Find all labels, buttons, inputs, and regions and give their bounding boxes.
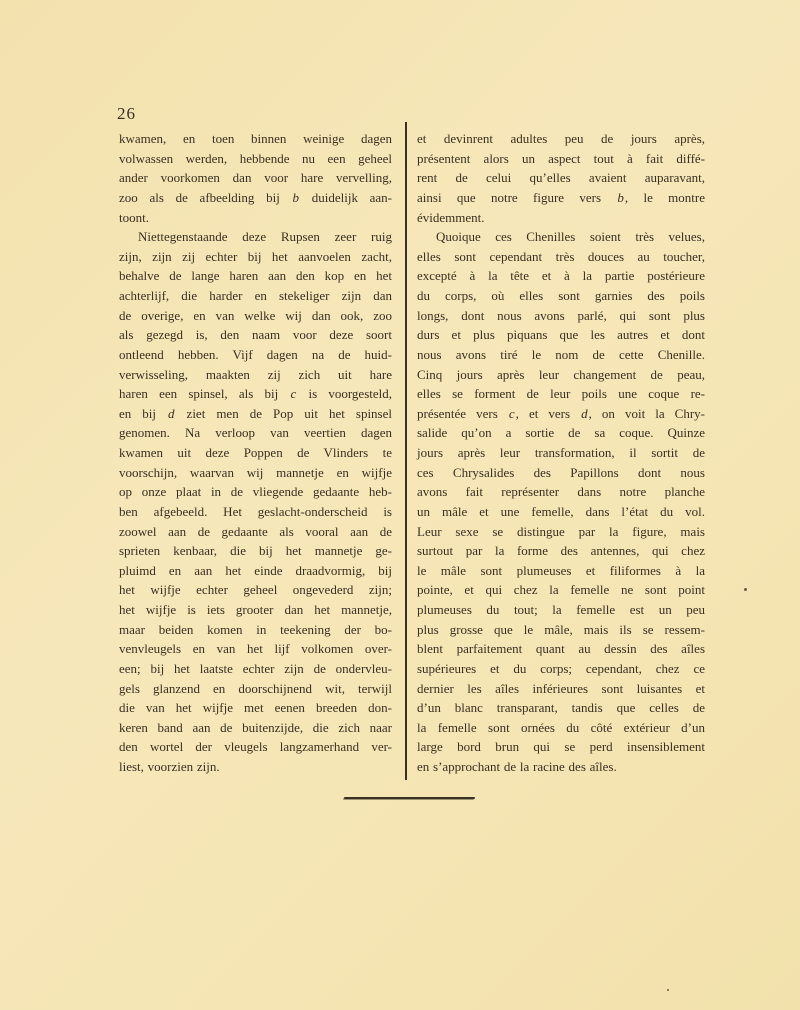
text-line: avons fait représenter dans notre planch…: [417, 482, 705, 502]
text-line: pointe, et qui chez la femelle ne sont p…: [417, 580, 705, 600]
text-line: supérieures et du corps; cependant, chez…: [417, 659, 705, 679]
text-line: volwassen werden, hebbende nu een geheel: [119, 149, 392, 169]
text-line: op onze plaat in de vliegende gedaante h…: [119, 482, 392, 502]
section-end-rule: [344, 797, 475, 799]
text-line: liest, voorzien zijn.: [119, 757, 392, 777]
text-line: zijn, zijn zij echter bij het aanvoelen …: [119, 247, 392, 267]
text-line: Quoique ces Chenilles soient très velues…: [417, 227, 705, 247]
text-line: genomen. Na verloop van veertien dagen: [119, 423, 392, 443]
text-line: présentée vers c, et vers d, on voit la …: [417, 404, 705, 424]
text-line: jours après leur transformation, il sort…: [417, 443, 705, 463]
text-line: la femelle sont ornées du côté extérieur…: [417, 718, 705, 738]
left-column-text: kwamen, en toen binnen weinige dagenvolw…: [119, 129, 392, 777]
text-line: maar beiden komen in teekening der bo-: [119, 620, 392, 640]
right-column-text: et devinrent adultes peu de jours après,…: [417, 129, 705, 777]
text-line: du corps, où elles sont garnies des poil…: [417, 286, 705, 306]
text-line: salide qu’on a sortie de sa coque. Quinz…: [417, 423, 705, 443]
text-line: gels glanzend en doorschijnend wit, terw…: [119, 679, 392, 699]
text-line: kwamen uit deze Poppen de Vlinders te: [119, 443, 392, 463]
text-line: Niettegenstaande deze Rupsen zeer ruig: [119, 227, 392, 247]
text-line: présentent alors un aspect tout à fait d…: [417, 149, 705, 169]
text-line: excepté à la tête et à la partie postéri…: [417, 266, 705, 286]
text-line: blent parfaitement quant au dessin des a…: [417, 639, 705, 659]
text-line: durs et plus piquans que les autres et d…: [417, 325, 705, 345]
text-line: het wijfje echter geheel ongevederd zijn…: [119, 580, 392, 600]
text-line: nous avons tiré le nom de cette Chenille…: [417, 345, 705, 365]
text-line: elles sont cependant très douces au touc…: [417, 247, 705, 267]
text-line: zoo als de afbeelding bij b duidelijk aa…: [119, 188, 392, 208]
text-line: Cinq jours après leur changement de peau…: [417, 365, 705, 385]
text-line: voorschijn, waarvan wij mannetje en wijf…: [119, 463, 392, 483]
text-line: ces Chrysalides des Papillons dont nous: [417, 463, 705, 483]
text-line: achterlijf, die harder en stekeliger zij…: [119, 286, 392, 306]
text-line: het wijfje is iets grooter dan het manne…: [119, 600, 392, 620]
text-line: de overige, en van welke wij dan ook, zo…: [119, 306, 392, 326]
text-line: ben afgebeeld. Het geslacht-onderscheid …: [119, 502, 392, 522]
text-line: en bij d ziet men de Pop uit het spinsel: [119, 404, 392, 424]
text-line: rent de celui qu’elles avaient auparavan…: [417, 168, 705, 188]
text-line: pluimd en aan het einde draadvormig, bij: [119, 561, 392, 581]
page-number: 26: [117, 104, 136, 124]
text-line: venvleugels en van het lijf volkomen ove…: [119, 639, 392, 659]
text-line: verwisseling, maakten zij zich uit hare: [119, 365, 392, 385]
text-line: als gezegd is, den naam voor deze soort: [119, 325, 392, 345]
text-line: longs, dont nous avons parlé, qui sont p…: [417, 306, 705, 326]
text-line: sprieten kenbaar, die bij het mannetje g…: [119, 541, 392, 561]
text-line: et devinrent adultes peu de jours après,: [417, 129, 705, 149]
text-line: ontleend hebben. Vijf dagen na de huid-: [119, 345, 392, 365]
scan-speck: [667, 989, 669, 991]
text-line: haren een spinsel, als bij c is voorgest…: [119, 384, 392, 404]
text-line: toont.: [119, 208, 392, 228]
text-line: un mâle et une femelle, dans l’état du v…: [417, 502, 705, 522]
book-page: 26 kwamen, en toen binnen weinige dagenv…: [0, 0, 800, 1010]
text-line: kwamen, en toen binnen weinige dagen: [119, 129, 392, 149]
text-line: le mâle sont plumeuses et filiformes à l…: [417, 561, 705, 581]
text-line: en s’approchant de la racine des aîles.: [417, 757, 705, 777]
text-line: surtout par la forme des antennes, qui c…: [417, 541, 705, 561]
text-line: zoowel aan de gedaante als vooral aan de: [119, 522, 392, 542]
text-line: keren band aan de buitenzijde, die zich …: [119, 718, 392, 738]
text-line: évidemment.: [417, 208, 705, 228]
column-divider: [405, 122, 407, 780]
text-line: plumeuses du tout; la femelle est un peu: [417, 600, 705, 620]
text-line: plus grosse que le mâle, mais ils se res…: [417, 620, 705, 640]
scan-speck: [744, 588, 747, 591]
text-line: dernier les aîles inférieures sont luisa…: [417, 679, 705, 699]
text-line: elles se forment de leur poils une coque…: [417, 384, 705, 404]
text-line: een; bij het laatste echter zijn de onde…: [119, 659, 392, 679]
text-line: den wortel der vleugels langzamerhand ve…: [119, 737, 392, 757]
text-line: large bord brun qui se perd insensibleme…: [417, 737, 705, 757]
text-line: ander voorkomen dan voor hare vervelling…: [119, 168, 392, 188]
text-line: d’un blanc transparant, tandis que celle…: [417, 698, 705, 718]
text-line: behalve de lange haren aan den kop en he…: [119, 266, 392, 286]
text-line: Leur sexe se distingue par la figure, ma…: [417, 522, 705, 542]
text-line: ainsi que notre figure vers b, le montre: [417, 188, 705, 208]
text-line: die van het wijfje met eenen breeden don…: [119, 698, 392, 718]
